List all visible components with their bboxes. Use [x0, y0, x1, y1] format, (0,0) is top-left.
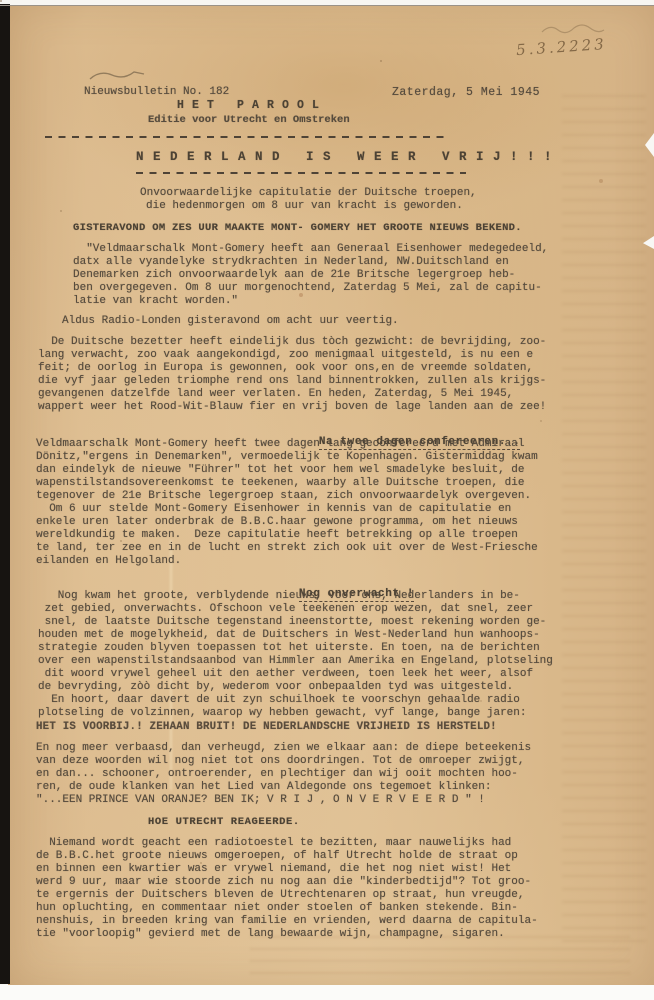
subhead-line: Onvoorwaardelijke capitulatie der Duitsc…	[140, 187, 477, 200]
text-line: wereldkundig te maken. Deze capitulatie …	[36, 529, 538, 542]
text-line: te ergernis der Duitschers bleven de Utr…	[36, 889, 538, 902]
text-line: En hoort, daar davert de uit zyn schuilh…	[38, 694, 553, 707]
text-line: die vyf jaar geleden triomphe rend ons l…	[38, 375, 546, 388]
text-line: Denemarken zich onvoorwaardelyk aan de 2…	[73, 269, 548, 282]
pencil-scribble	[88, 70, 148, 82]
liberation-paragraph: De Duitsche bezetter heeft eindelijk dus…	[38, 336, 546, 414]
text-line: zet gebied, onverwachts. Ofschoon vele t…	[38, 603, 553, 616]
radio-quote-paragraph: "Veldmaarschalk Mont-Gomery heeft aan Ge…	[73, 243, 548, 308]
unexpected-paragraph: Nog kwam het groote, verblydende nieuws,…	[38, 590, 553, 720]
date-line: Zaterdag, 5 Mei 1945	[392, 86, 540, 99]
text-line: wapenstilstandsovereenkomst te teekenen,…	[36, 477, 538, 490]
text-line: tegenover de 21e Britsche legergroep sta…	[36, 490, 538, 503]
scan-edge-top	[0, 5, 654, 6]
ink-bleedthrough-right	[562, 95, 646, 945]
text-line: dit woord vrywel geheel uit den aether v…	[38, 668, 553, 681]
text-line: werd 9 uur, maar wie stoorde zich nu nog…	[36, 876, 538, 889]
headline: N E D E R L A N D I S W E E R V R I J ! …	[136, 151, 553, 164]
bulletin-number: Nieuwsbulletin No. 182	[84, 86, 229, 99]
scanned-newsletter-page: 5.3.2223 Nieuwsbulletin No. 182 Zaterdag…	[0, 0, 654, 1000]
proclamation-line: HET IS VOORBIJ.! ZEHAAN BRUIT! DE NEDERL…	[36, 721, 497, 734]
text-line: datx alle vyandelyke strydkrachten in Ne…	[73, 256, 548, 269]
text-line: wappert weer het Rood-Wit-Blauw fier en …	[38, 401, 546, 414]
text-line: Niemand wordt geacht een radiotoestel te…	[36, 837, 538, 850]
newspaper-title: H E T P A R O O L	[177, 99, 320, 112]
text-line: ben overgegeven. Om 8 uur morgenochtend,…	[73, 282, 548, 295]
paper-speckles	[0, 0, 2, 2]
text-line: De Duitsche bezetter heeft eindelijk dus…	[38, 336, 546, 349]
scan-edge-left	[0, 4, 10, 984]
text-line: "...EEN PRINCE VAN ORANJE? BEN IK; V R I…	[36, 794, 531, 807]
text-line: gevangenen datzelfde land weer verlaten.…	[38, 388, 546, 401]
text-line: de B.B.C.het groote nieuws omgeroepen, o…	[36, 850, 538, 863]
text-line: te land, ter zee en in de lucht en strek…	[36, 542, 538, 555]
text-line: nenshuis, in breeden kring van familie e…	[36, 915, 538, 928]
text-line: hun opluchting, en commentaar niet onder…	[36, 902, 538, 915]
utrecht-heading: HOE UTRECHT REAGEERDE.	[148, 816, 300, 829]
text-line: en binnen een kwartier was er vrywel nie…	[36, 863, 538, 876]
text-line: over een wapenstilstandsaanbod van Himml…	[38, 655, 553, 668]
text-line: strategie zouden blyven toepassen tot he…	[38, 642, 553, 655]
text-line: enkele uren later onderbrak de B.B.C.haa…	[36, 516, 538, 529]
text-line: En nog meer verbaasd, dan verheugd, zien…	[36, 742, 531, 755]
text-line: Nog kwam het groote, verblydende nieuws,…	[38, 590, 553, 603]
text-line: feit; de oorlog in Europa is gewonnen, o…	[38, 362, 546, 375]
utrecht-paragraph: Niemand wordt geacht een radiotoestel te…	[36, 837, 538, 941]
text-line: ren, de oude klanken van het Lied van Al…	[36, 781, 531, 794]
text-line: de bevryding, zòò dicht by, wederom voor…	[38, 681, 553, 694]
anthem-paragraph: En nog meer verbaasd, dan verheugd, zien…	[36, 742, 531, 807]
dashed-rule	[45, 136, 450, 138]
text-line: Veldmaarschalk Mont-Gomery heeft twee da…	[36, 438, 538, 451]
radio-source-line: Aldus Radio-Londen gisteravond om acht u…	[62, 315, 399, 328]
announce-heading: GISTERAVOND OM ZES UUR MAAKTE MONT- GOME…	[73, 222, 522, 235]
text-line: en dan... schooner, ontroerender, en ple…	[36, 768, 531, 781]
text-line: lang verwacht, zoo vaak aangekondigd, zo…	[38, 349, 546, 362]
text-line: snel, de laatste Duitsche tegenstand ine…	[38, 616, 553, 629]
edition-line: Editie voor Utrecht en Omstreken	[148, 114, 350, 127]
text-line: "Veldmaarschalk Mont-Gomery heeft aan Ge…	[73, 243, 548, 256]
text-line: tie "voorloopig" gevierd met de lang bew…	[36, 928, 538, 941]
text-line: eilanden en Helgoland.	[36, 555, 538, 568]
dashed-rule	[136, 172, 466, 174]
text-line: Om 6 uur stelde Mont-Gomery Eisenhower i…	[36, 503, 538, 516]
pencil-scribble	[540, 22, 620, 38]
text-line: plotseling de volzinnen, waarop wy hebbe…	[38, 707, 553, 720]
conference-paragraph: Veldmaarschalk Mont-Gomery heeft twee da…	[36, 438, 538, 568]
text-line: latie van kracht worden."	[73, 295, 548, 308]
ink-bleedthrough-bottom	[250, 936, 630, 976]
text-line: houden met de mogelykheid, dat de Duitsc…	[38, 629, 553, 642]
text-line: Dönitz,"ergens in Denemarken", vermoedel…	[36, 451, 538, 464]
text-line: van deze woorden wil nog niet tot ons do…	[36, 755, 531, 768]
subhead-line: die hedenmorgen om 8 uur van kracht is g…	[146, 200, 463, 213]
text-line: dan eindelyk de nieuwe "Führer" tot het …	[36, 464, 538, 477]
scan-margin-bottom	[0, 985, 654, 1000]
